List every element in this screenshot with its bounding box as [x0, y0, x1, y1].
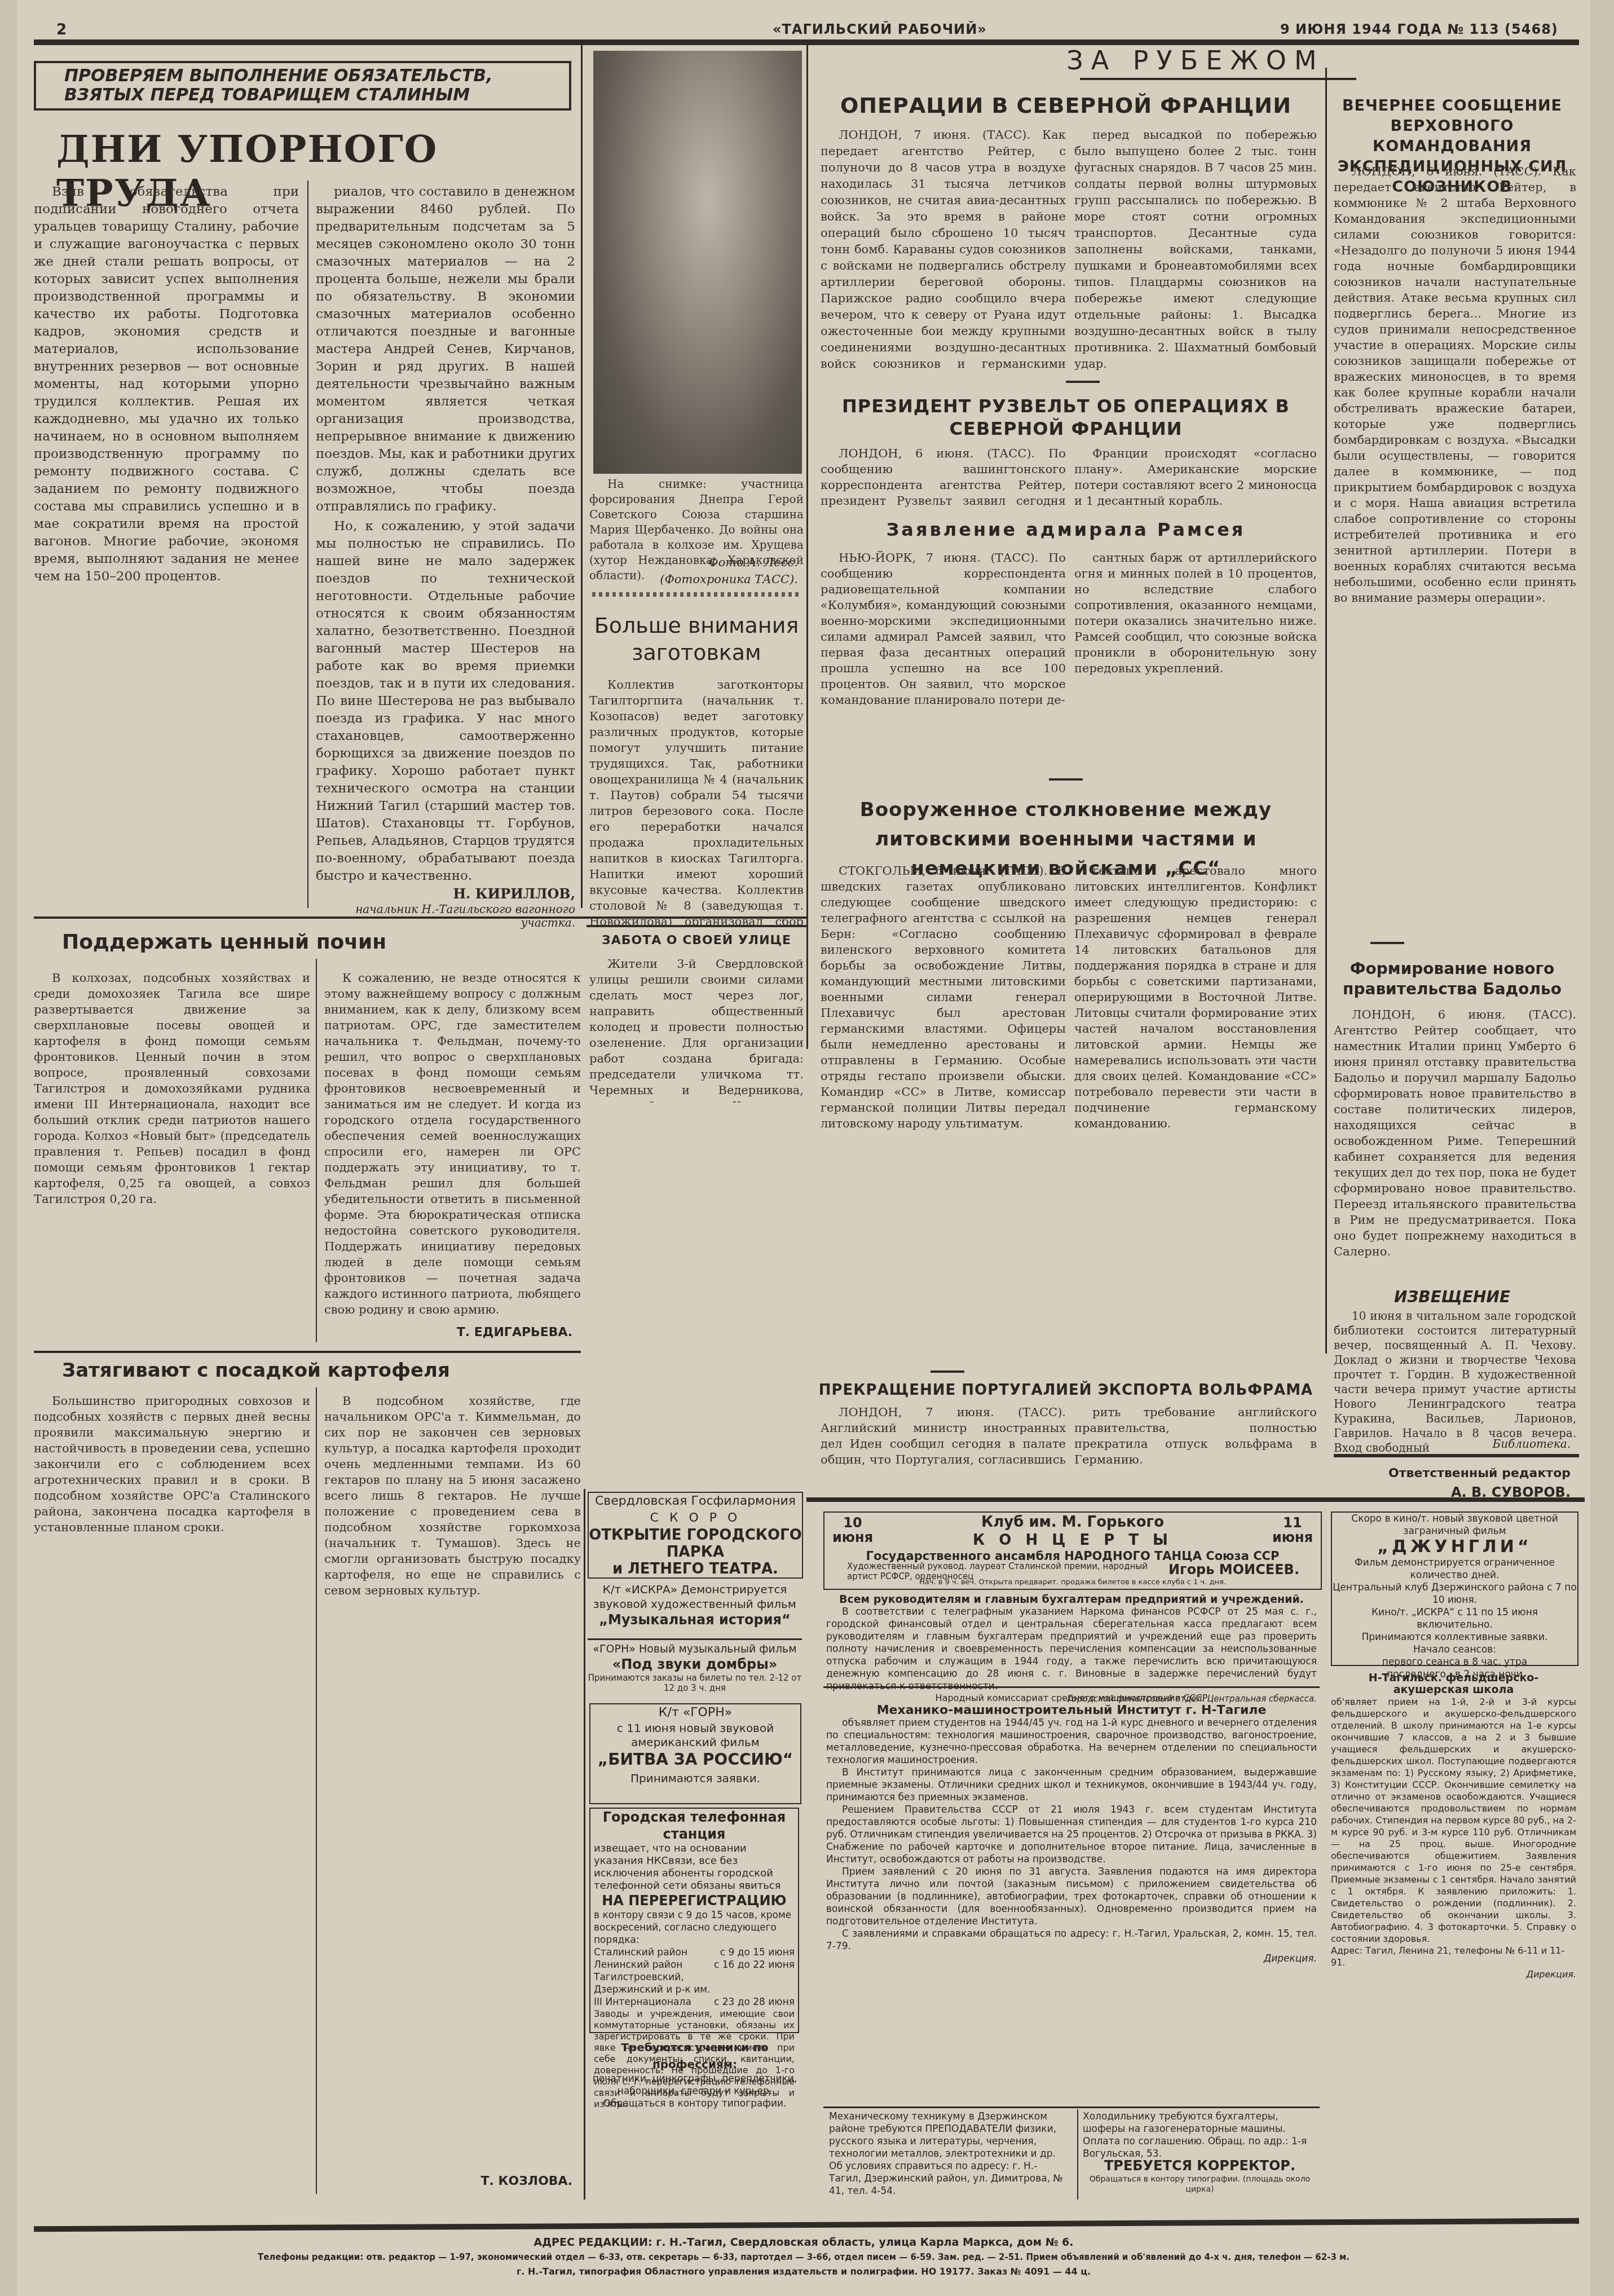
ad-soon: С К О Р О: [589, 1510, 802, 1527]
ad-line: С заявлениями и справками обращаться по …: [826, 1928, 1317, 1953]
concert-start: Нач. в 9 ч. веч. Открыта предварит. прод…: [830, 1578, 1315, 1587]
ad-line: в контору связи с 9 до 15 часов, кроме в…: [594, 1909, 795, 1946]
ad-title: ТРЕБУЕТСЯ КОРРЕКТОР.: [1083, 2157, 1317, 2174]
section-title: ЗА РУБЕЖОМ: [806, 45, 1585, 76]
ad-header: Народный комиссариат среднего машиностро…: [826, 1692, 1317, 1704]
article-body-col1: СТОКГОЛЬМ, 6 июня. (ТАСС). В шведских га…: [821, 863, 1066, 1370]
column-rule: [316, 1387, 317, 2194]
ad-line: Принимаются заказы на билеты по тел. 2-1…: [588, 1673, 802, 1693]
article-body-col1: Взяв обязательства при подписании нового…: [34, 183, 299, 911]
signature-title: начальник Н.-Тагильского вагонного участ…: [355, 902, 575, 929]
ad-line: Принимаются коллективные заявки.: [1332, 1631, 1577, 1643]
footer-address: АДРЕС РЕДАКЦИИ: г. Н.-Тагил, Свердловска…: [17, 2236, 1590, 2249]
article-title: Затягивают с посадкой картофеля: [62, 1359, 570, 1382]
article-body-col1: ЛОНДОН, 7 июня. (ТАСС). Английский минис…: [821, 1404, 1066, 1472]
notice-title: ИЗВЕЩЕНИЕ: [1331, 1288, 1573, 1306]
ad-title: Механико-машиностроительный Институт г. …: [826, 1704, 1317, 1717]
signature: Т. КОЗЛОВА.: [324, 2174, 572, 2188]
short-divider: [931, 1370, 964, 1373]
ad-gorn-2: К/т «ГОРН» с 11 июня новый звуковой амер…: [589, 1703, 801, 1804]
divider: [588, 1638, 802, 1640]
article-body: Жители 3-й Свердловской улицы решили сво…: [589, 956, 804, 1103]
concert-title: К О Н Ц Е Р Т Ы: [881, 1532, 1264, 1549]
article-body-col2: гестапо арестовало много литовских интел…: [1074, 863, 1317, 1370]
article-title: ПРЕЗИДЕНТ РУЗВЕЛЬТ ОБ ОПЕРАЦИЯХ В СЕВЕРН…: [818, 395, 1314, 440]
article-body-col2: сантных барж от артиллерийского огня и м…: [1074, 550, 1317, 725]
ad-line: Механическому техникуму в Дзержинском ра…: [829, 2110, 1066, 2197]
divider: [806, 1497, 1585, 1502]
ad-signature: Дирекция.: [826, 1953, 1317, 1965]
ad-line: Прием заявлений с 20 июня по 31 августа.…: [826, 1866, 1317, 1928]
article-body-col1: Большинство пригородных совхозов и подсо…: [34, 1393, 310, 2188]
ad-line: и ЛЕТНЕГО ТЕАТРА.: [589, 1561, 802, 1577]
signature: Т. ЕДИГАРЬЕВА.: [324, 1325, 572, 1339]
ad-line: ОТКРЫТИЕ ГОРОДСКОГО ПАРКА: [589, 1527, 802, 1561]
ad-line: Решением Правительства СССР от 21 июля 1…: [826, 1804, 1317, 1866]
article-title: Формирование нового правительства Бадоль…: [1331, 959, 1573, 999]
ad-institute: Народный комиссариат среднего машиностро…: [826, 1692, 1317, 1965]
article-title: ПРЕКРАЩЕНИЕ ПОРТУГАЛИЕЙ ЭКСПОРТА ВОЛЬФРА…: [818, 1382, 1314, 1399]
ad-header: Свердловская Госфилармония: [589, 1493, 802, 1510]
concert-date-left: 10июня: [830, 1515, 875, 1545]
schedule-district: Ленинский район: [594, 1959, 682, 1971]
ad-address: Адрес: Тагил, Ленина 21, телефоны № 6-11…: [1331, 1945, 1576, 1968]
wavy-divider: [592, 592, 801, 597]
article-body: ЛОНДОН, 6 июня. (ТАСС). Агентство Рейтер…: [1334, 1007, 1576, 1277]
ad-headline: НА ПЕРЕРЕГИСТРАЦИЮ: [594, 1892, 795, 1909]
article-body-col1: ЛОНДОН, 7 июня. (ТАСС). Как передает аге…: [821, 127, 1066, 375]
schedule-dates: с 9 до 15 июня: [720, 1946, 795, 1959]
ad-technikum: Механическому техникуму в Дзержинском ра…: [829, 2110, 1066, 2197]
ad-medschool: Н-Тагильск. фельдшерско-акушерская школа…: [1331, 1672, 1576, 1980]
divider: [34, 1351, 581, 1353]
schedule-row: Тагилстроевский, Дзержинский и р-к им. I…: [594, 1971, 795, 2008]
concert-venue: Клуб им. М. Горького: [881, 1514, 1264, 1531]
ad-line: с 11 июня новый звуковой американский фи…: [590, 1721, 800, 1749]
ad-line: «ГОРН» Новый музыкальный фильм: [588, 1642, 802, 1656]
ad-fridge: Холодильнику требуются бухгалтеры, шофер…: [1083, 2110, 1317, 2160]
article-title: ЗАБОТА О СВОЕЙ УЛИЦЕ: [586, 933, 806, 948]
photo-caption: На снимке: участница форсирования Днепра…: [589, 477, 804, 585]
ad-line: Принимаются заявки.: [590, 1770, 800, 1787]
short-divider: [1049, 778, 1083, 781]
ad-film-title: „ДЖУНГЛИ“: [1332, 1537, 1577, 1557]
ad-line: К/т «ИСКРА» Демонстрируется звуковой худ…: [588, 1582, 802, 1611]
article-body-col2: рить требование английского правительств…: [1074, 1404, 1317, 1472]
divider: [586, 925, 806, 927]
article-body-col2: К сожалению, не везде относятся к этому …: [324, 970, 581, 1320]
column-rule: [584, 1489, 585, 2200]
divider: [823, 1686, 1320, 1688]
photo-agency: (Фотохроника ТАСС).: [589, 572, 798, 586]
column-rule: [806, 45, 808, 1049]
article-body-col2: риалов, что составило в денежном выражен…: [316, 183, 575, 894]
kicker-text: ПРОВЕРЯЕМ ВЫПОЛНЕНИЕ ОБЯЗАТЕЛЬСТВ, ВЗЯТЫ…: [64, 67, 549, 105]
short-divider: [1370, 942, 1404, 944]
column-rule: [307, 180, 308, 908]
issue-info: 9 ИЮНЯ 1944 ГОДА № 113 (5468): [1280, 21, 1558, 37]
notice-signature: Библиотека.: [1334, 1437, 1571, 1451]
concert-date-right: 11июня: [1270, 1515, 1315, 1545]
ad-gorn-1: «ГОРН» Новый музыкальный фильм «Под звук…: [588, 1642, 802, 1693]
footer-phones: Телефоны редакции: отв. редактор — 1-97,…: [17, 2252, 1590, 2262]
ad-jungle: Скоро в кино/т. новый звуковой цветной з…: [1331, 1511, 1578, 1666]
article-title: Поддержать ценный почин: [62, 931, 570, 954]
section-underline: [1080, 78, 1356, 80]
ad-line: Начало сеансов:: [1332, 1643, 1577, 1656]
ad-line: В Институт принимаются лица с законченны…: [826, 1766, 1317, 1804]
ad-phone-station: Городская телефонная станция извещает, ч…: [589, 1808, 799, 2033]
masthead-rule: [34, 39, 1579, 45]
column-rule: [316, 959, 317, 1342]
schedule-district: Тагилстроевский, Дзержинский и р-к им. I…: [594, 1971, 714, 2008]
notice-body: 10 июня в читальном зале городской библи…: [1334, 1308, 1576, 1457]
paper-name: «ТАГИЛЬСКИЙ РАБОЧИЙ»: [773, 21, 987, 37]
ad-line: Кино/т. „ИСКРА“ с 11 по 15 июня включите…: [1332, 1606, 1577, 1631]
divider: [1334, 1454, 1579, 1457]
editor-label: Ответственный редактор: [1334, 1466, 1571, 1480]
footer-rule: [34, 2218, 1579, 2232]
column-rule: [1077, 2109, 1078, 2200]
ad-line: печатники, цинкографы, переплетчики, наб…: [588, 2073, 802, 2110]
column-rule: [581, 45, 583, 908]
ad-header: Городская телефонная станция: [594, 1809, 795, 1843]
schedule-dates: с 23 до 28 июня: [714, 1996, 795, 2008]
ad-line: первого сеанса в 8 час. утра: [1332, 1656, 1577, 1668]
ad-film-title: «Под звуки домбры»: [588, 1656, 802, 1673]
signature-name: Н. КИРИЛЛОВ,: [355, 885, 575, 902]
ad-line: Фильм демонстрируется ограниченное колич…: [1332, 1557, 1577, 1581]
ad-line: извещает, что на основании указания НКСв…: [594, 1843, 795, 1892]
concert-director: Игорь МОИСЕЕВ.: [1168, 1561, 1315, 1578]
divider: [823, 2106, 1320, 2108]
ad-line: Центральный клуб Дзержинского района с 7…: [1332, 1581, 1577, 1606]
column-rule: [1325, 68, 1327, 1354]
article-title: ОПЕРАЦИИ В СЕВЕРНОЙ ФРАНЦИИ: [818, 93, 1314, 118]
ad-iskra: К/т «ИСКРА» Демонстрируется звуковой худ…: [588, 1582, 802, 1628]
footer-printer: г. Н.-Тагил, типография Областного управ…: [17, 2266, 1590, 2277]
ad-finance: Всем руководителям и главным бухгалтерам…: [826, 1593, 1317, 1705]
short-divider: [1066, 381, 1100, 383]
article-body-col1: В колхозах, подсобных хозяйствах и среди…: [34, 970, 310, 1303]
ad-line: об'являет прием на 1-й, 2-й и 3-й курсы …: [1331, 1696, 1576, 1945]
ad-header: Всем руководителям и главным бухгалтерам…: [826, 1593, 1317, 1606]
ad-line: Обращаться в контору типографии. (площад…: [1083, 2174, 1317, 2194]
ad-line: К/т «ГОРН»: [590, 1704, 800, 1721]
ad-header: Требуются ученики по профессиям:: [588, 2039, 802, 2073]
article-body-col2: перед высадкой по побережью было выпущен…: [1074, 127, 1317, 375]
schedule-row: Ленинский районс 16 до 22 июня: [594, 1959, 795, 1971]
article-title: Больше внимания заготовкам: [589, 612, 804, 666]
schedule-list: Сталинский районс 9 до 15 июняЛенинский …: [594, 1946, 795, 2008]
divider: [34, 916, 806, 919]
article-body-col2: Франции происходят «согласно плану». Аме…: [1074, 446, 1317, 508]
ad-line: Холодильнику требуются бухгалтеры, шофер…: [1083, 2110, 1317, 2160]
schedule-row: Сталинский районс 9 до 15 июня: [594, 1946, 795, 1959]
ad-film-title: „БИТВА ЗА РОССИЮ“: [590, 1749, 800, 1770]
schedule-district: Сталинский район: [594, 1946, 687, 1959]
ad-concert: 10июня 11июня Клуб им. М. Горького К О Н…: [823, 1511, 1322, 1590]
ad-line: В соответствии с телеграфным указанием Н…: [826, 1606, 1317, 1693]
newspaper-page: 2 «ТАГИЛЬСКИЙ РАБОЧИЙ» 9 ИЮНЯ 1944 ГОДА …: [17, 0, 1590, 2296]
ad-line: Скоро в кино/т. новый звуковой цветной з…: [1332, 1513, 1577, 1537]
article-body-col1: ЛОНДОН, 6 июня. (ТАСС). По сообщению ваш…: [821, 446, 1066, 508]
kicker-box: ПРОВЕРЯЕМ ВЫПОЛНЕНИЕ ОБЯЗАТЕЛЬСТВ, ВЗЯТЫ…: [34, 61, 571, 111]
schedule-dates: с 16 до 22 июня: [714, 1959, 795, 1971]
article-body: Коллектив заготконторы Тагилторгпита (на…: [589, 677, 804, 925]
ad-line: объявляет прием студентов на 1944/45 уч.…: [826, 1717, 1317, 1766]
photo-credit: Фото А. Лесс.: [589, 556, 798, 569]
article-body: ЛОНДОН, 6 июня. (ТАСС). Как передает аге…: [1334, 164, 1576, 908]
ad-filarmonia: Свердловская Госфилармония С К О Р О ОТК…: [588, 1492, 803, 1579]
ad-apprentices: Требуются ученики по профессиям: печатни…: [588, 2039, 802, 2110]
ad-signature: Дирекция.: [1331, 1968, 1576, 1980]
ad-corrector: ТРЕБУЕТСЯ КОРРЕКТОР. Обращаться в контор…: [1083, 2157, 1317, 2194]
ad-film-title: „Музыкальная история“: [588, 1611, 802, 1628]
article-body-col2: В подсобном хозяйстве, где начальником О…: [324, 1393, 581, 2171]
page-number: 2: [56, 21, 67, 38]
portrait-photo: [593, 51, 802, 474]
article-title: Заявление адмирала Рамсея: [818, 519, 1314, 540]
article-body-col1: НЬЮ-ЙОРК, 7 июня. (ТАСС). По сообщению к…: [821, 550, 1066, 725]
ad-title: Н-Тагильск. фельдшерско-акушерская школа: [1331, 1672, 1576, 1696]
